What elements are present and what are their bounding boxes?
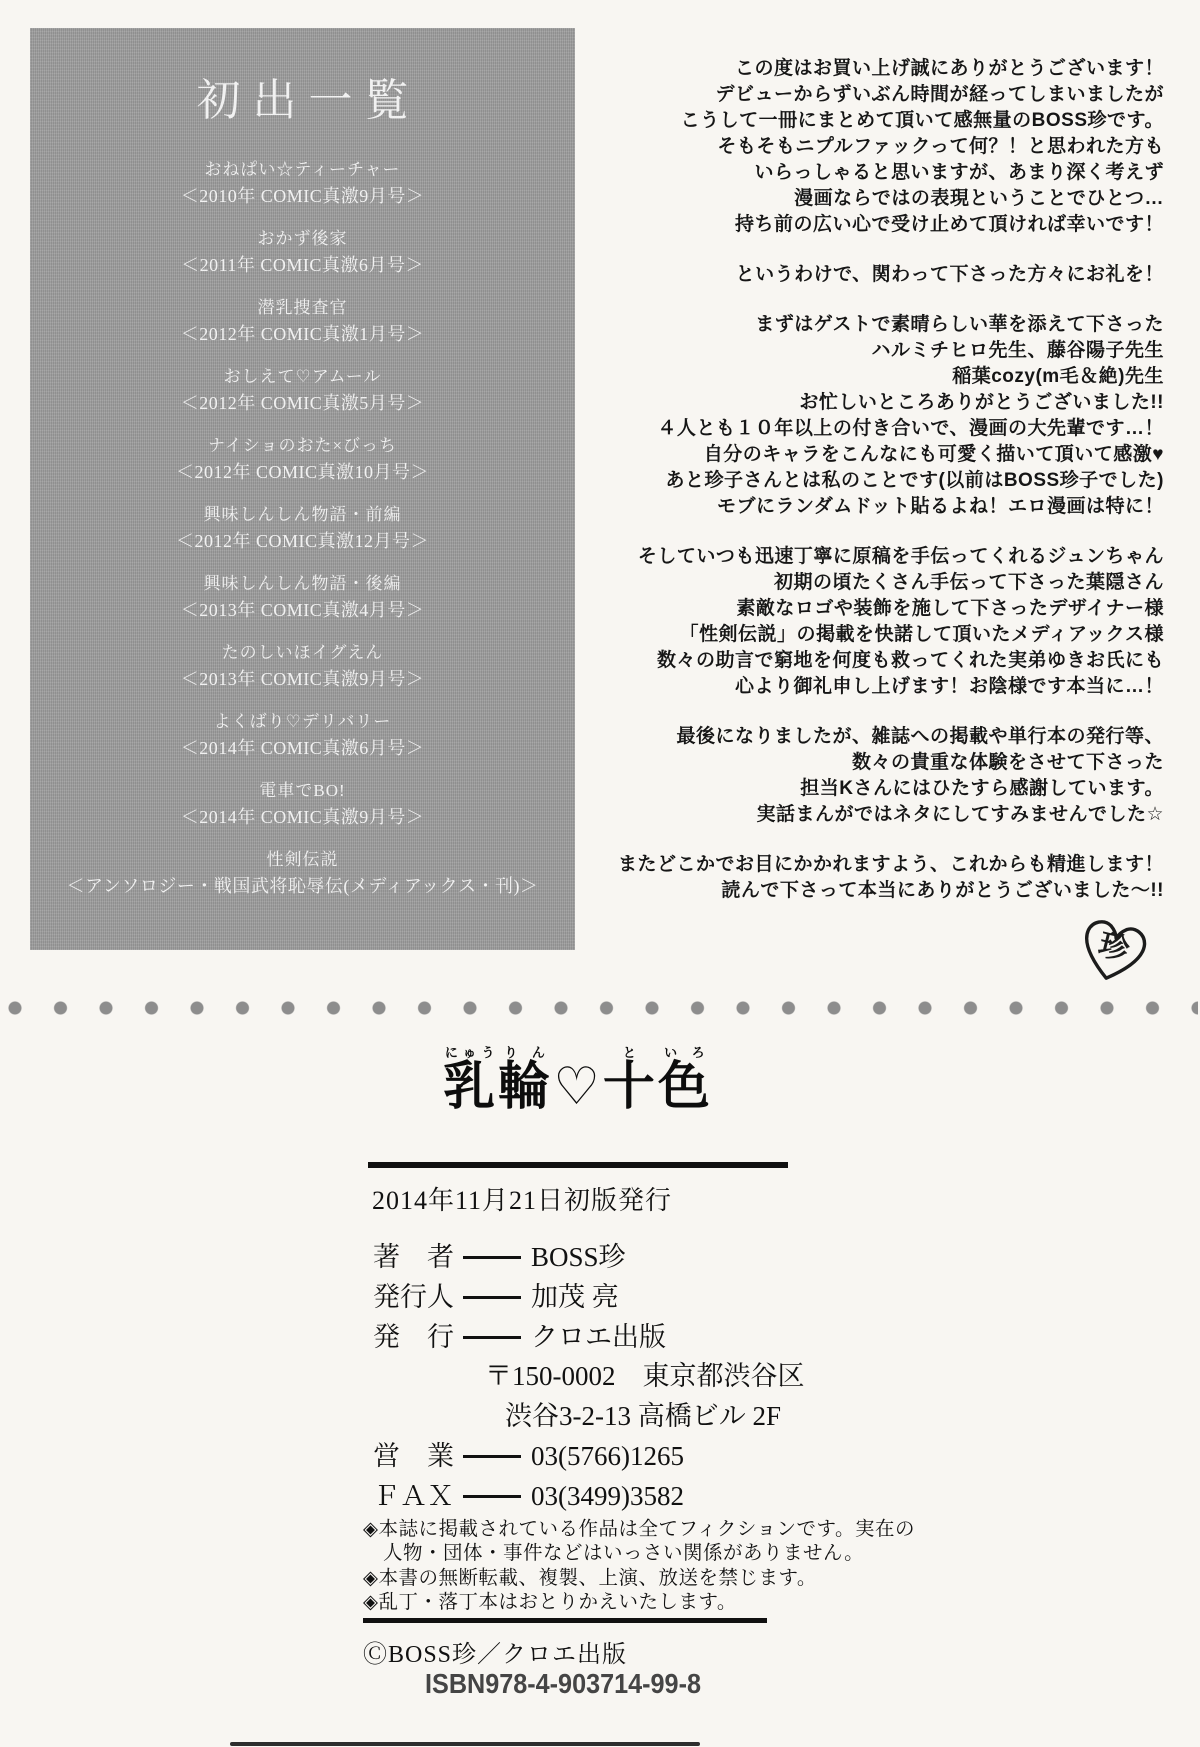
entry-source: ＜2013年 COMIC真激9月号＞: [30, 666, 575, 693]
legal-note-line: ◈本誌に掲載されている作品は全てフィクションです。実在の: [363, 1518, 915, 1542]
publication-entry: 興味しんしん物語・後編 ＜2013年 COMIC真激4月号＞: [30, 570, 575, 624]
footer-rule: [363, 1618, 767, 1623]
credit-label: ＦＡＸ: [373, 1477, 457, 1517]
entry-title: 電車でBO!: [30, 777, 575, 804]
copyright-line: ⒸBOSS珍／クロエ出版: [363, 1634, 627, 1669]
publication-entry: おかず後家 ＜2011年 COMIC真激6月号＞: [30, 225, 575, 279]
credit-label: 発行人: [373, 1278, 457, 1318]
publication-entry: おしえて♡アムール ＜2012年 COMIC真激5月号＞: [30, 363, 575, 417]
publication-entry: おねぱい☆ティーチャー ＜2010年 COMIC真激9月号＞: [30, 156, 575, 210]
entry-source: ＜2014年 COMIC真激6月号＞: [30, 735, 575, 762]
credit-value: クロエ出版: [531, 1318, 666, 1358]
credit-row: 発 行 クロエ出版: [373, 1318, 805, 1358]
edition-date: 2014年11月21日初版発行: [372, 1180, 672, 1217]
heart-glyph: ♡: [553, 1059, 603, 1116]
publication-entry: 潜乳捜査官 ＜2012年 COMIC真激1月号＞: [30, 294, 575, 348]
title-rule: [368, 1162, 788, 1168]
afterword-paragraph: 最後になりましたが、雑誌への掲載や単行本の発行等、 数々の貴重な体験をさせて下さ…: [524, 724, 1164, 828]
publication-entry: たのしいほイグえん ＜2013年 COMIC真激9月号＞: [30, 639, 575, 693]
credit-row: 営 業 03(5766)1265: [373, 1437, 805, 1477]
entry-title: ナイショのおた×びっち: [30, 432, 575, 459]
entry-title: おしえて♡アムール: [30, 363, 575, 390]
credit-value: BOSS珍: [531, 1238, 626, 1278]
entry-source: ＜2011年 COMIC真激6月号＞: [30, 252, 575, 279]
scan-artifact: [230, 1742, 700, 1746]
credit-row: 発行人 加茂 亮: [373, 1278, 805, 1318]
entry-source: ＜2012年 COMIC真激5月号＞: [30, 390, 575, 417]
credit-row: ＦＡＸ 03(3499)3582: [373, 1477, 805, 1517]
credit-value: 加茂 亮: [531, 1278, 619, 1318]
afterword-paragraph: まずはゲストで素晴らしい華を添えて下さった ハルミチヒロ先生、藤谷陽子先生 稲葉…: [524, 312, 1164, 520]
entry-title: 興味しんしん物語・後編: [30, 570, 575, 597]
entry-source: ＜2012年 COMIC真激12月号＞: [30, 528, 575, 555]
dash-line: [463, 1495, 521, 1498]
publication-entry: 電車でBO! ＜2014年 COMIC真激9月号＞: [30, 777, 575, 831]
dash-line: [463, 1296, 521, 1299]
entry-title: よくばり♡デリバリー: [30, 708, 575, 735]
credit-label: 著 者: [373, 1238, 457, 1278]
credits-block: 著 者 BOSS珍 発行人 加茂 亮 発 行 クロエ出版 〒150-0002 東…: [373, 1238, 805, 1517]
phone-number: 03(5766)1265: [531, 1437, 684, 1477]
afterword-paragraph: そしていつも迅速丁寧に原稿を手伝ってくれるジュンちゃん 初期の頃たくさん手伝って…: [524, 544, 1164, 700]
legal-notes: ◈本誌に掲載されている作品は全てフィクションです。実在の 人物・団体・事件などは…: [363, 1518, 915, 1616]
entry-title: 潜乳捜査官: [30, 294, 575, 321]
afterword-paragraph: この度はお買い上げ誠にありがとうございます！ デビューからずいぶん時間が経ってし…: [524, 56, 1164, 238]
entry-source: ＜2012年 COMIC真激10月号＞: [30, 459, 575, 486]
book-title: 乳にゅう輪りん♡十と色いろ: [368, 1044, 788, 1119]
legal-note-line: ◈乱丁・落丁本はおとりかえいたします。: [363, 1591, 915, 1615]
entry-title: おねぱい☆ティーチャー: [30, 156, 575, 183]
entry-title: 興味しんしん物語・前編: [30, 501, 575, 528]
isbn-number: ISBN978-4-903714-99-8: [374, 1668, 752, 1700]
credit-label: 発 行: [373, 1318, 457, 1358]
credit-label: 営 業: [373, 1437, 457, 1477]
entry-source: ＜2013年 COMIC真激4月号＞: [30, 597, 575, 624]
legal-note-line: ◈本書の無断転載、複製、上演、放送を禁じます。: [363, 1567, 915, 1591]
entry-source: ＜アンソロジー・戦国武将恥辱伝(メディアックス・刊)＞: [30, 873, 575, 900]
afterword-paragraph: またどこかでお目にかかれますよう、これからも精進します！ 読んで下さって本当にあ…: [524, 852, 1164, 904]
first-publication-title: 初出一覧: [30, 28, 575, 128]
fax-number: 03(3499)3582: [531, 1477, 684, 1517]
entry-source: ＜2010年 COMIC真激9月号＞: [30, 183, 575, 210]
first-publication-panel: 初出一覧 おねぱい☆ティーチャー ＜2010年 COMIC真激9月号＞ おかず後…: [30, 28, 575, 950]
legal-note-line: 人物・団体・事件などはいっさい関係がありません。: [363, 1542, 915, 1566]
publisher-postal: 〒150-0002 東京都渋谷区: [485, 1357, 805, 1397]
dash-line: [463, 1256, 521, 1259]
entry-source: ＜2014年 COMIC真激9月号＞: [30, 804, 575, 831]
dash-line: [463, 1455, 521, 1458]
publication-entry: 性剣伝説 ＜アンソロジー・戦国武将恥辱伝(メディアックス・刊)＞: [30, 846, 575, 900]
publication-entry: ナイショのおた×びっち ＜2012年 COMIC真激10月号＞: [30, 432, 575, 486]
dash-line: [463, 1336, 521, 1339]
signature-kanji: 珍: [1095, 928, 1133, 968]
publication-entry: よくばり♡デリバリー ＜2014年 COMIC真激6月号＞: [30, 708, 575, 762]
colophon-page: 初出一覧 おねぱい☆ティーチャー ＜2010年 COMIC真激9月号＞ おかず後…: [0, 0, 1200, 1747]
afterword-text: この度はお買い上げ誠にありがとうございます！ デビューからずいぶん時間が経ってし…: [524, 56, 1164, 928]
entry-title: おかず後家: [30, 225, 575, 252]
credit-row: 著 者 BOSS珍: [373, 1238, 805, 1278]
dotted-divider: [6, 999, 1198, 1017]
entry-source: ＜2012年 COMIC真激1月号＞: [30, 321, 575, 348]
book-title-text: 乳にゅう輪りん♡十と色いろ: [443, 1059, 713, 1116]
entry-title: 性剣伝説: [30, 846, 575, 873]
entry-title: たのしいほイグえん: [30, 639, 575, 666]
publication-entry: 興味しんしん物語・前編 ＜2012年 COMIC真激12月号＞: [30, 501, 575, 555]
publisher-address: 渋谷3-2-13 高橋ビル 2F: [505, 1397, 805, 1437]
afterword-paragraph: というわけで、関わって下さった方々にお礼を！: [524, 262, 1164, 288]
